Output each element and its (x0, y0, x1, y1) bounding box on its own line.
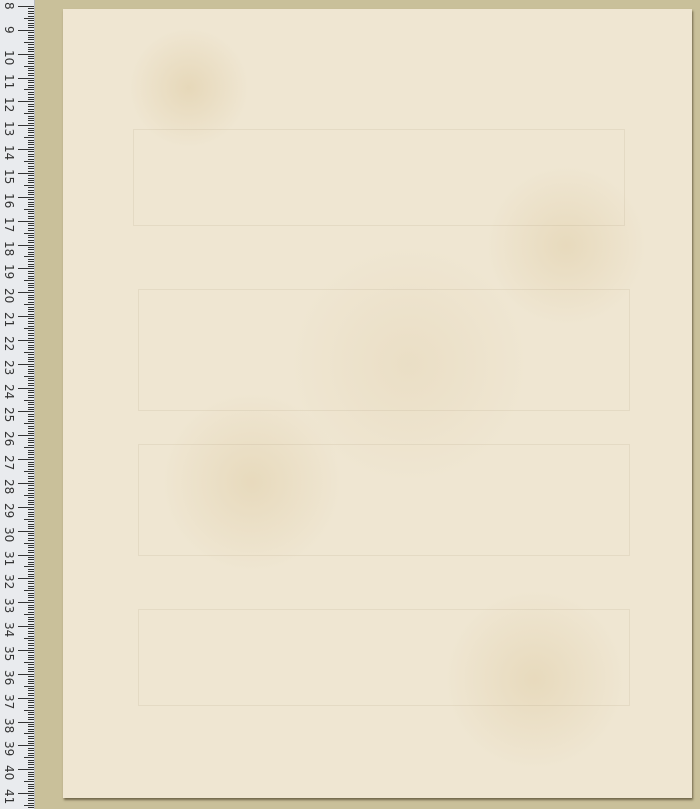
ruler-tick (28, 516, 34, 517)
ruler-tick (24, 566, 34, 567)
ruler-tick (28, 693, 34, 694)
ruler-tick (28, 731, 34, 732)
ruler-label: 31 (2, 551, 16, 566)
ruler-tick (28, 385, 34, 386)
ruler-tick (28, 27, 34, 28)
ruler-label: 29 (2, 503, 16, 518)
ruler-tick (28, 309, 34, 310)
ruler-tick (28, 545, 34, 546)
ruler-tick (28, 349, 34, 350)
ruler-tick (28, 657, 34, 658)
ruler-tick (28, 452, 34, 453)
ruler-label: 8 (2, 2, 16, 10)
ruler-tick (18, 626, 34, 627)
ruler-tick (28, 111, 34, 112)
ruler-tick (24, 233, 34, 234)
ruler-tick (28, 163, 34, 164)
ruler-tick (28, 345, 34, 346)
ruler-tick (28, 314, 34, 315)
ruler-tick (28, 156, 34, 157)
ruler-tick (28, 557, 34, 558)
ruler-tick (28, 104, 34, 105)
ruler-tick (28, 729, 34, 730)
ruler-tick (28, 240, 34, 241)
ruler-tick (28, 445, 34, 446)
ruler-tick (18, 745, 34, 746)
ruler-tick (28, 228, 34, 229)
ruler-tick (28, 533, 34, 534)
ruler-tick (28, 70, 34, 71)
ruler-label: 21 (2, 312, 16, 327)
ruler-tick (28, 440, 34, 441)
ruler-tick (28, 11, 34, 12)
ruler-tick (28, 576, 34, 577)
ruler-label: 9 (2, 26, 16, 34)
ruler-tick (28, 299, 34, 300)
ruler-tick (18, 388, 34, 389)
ruler-tick (28, 359, 34, 360)
ruler-tick (28, 135, 34, 136)
ruler-tick (28, 237, 34, 238)
ruler-tick (28, 371, 34, 372)
ruler-tick (28, 574, 34, 575)
ruler-tick (28, 266, 34, 267)
ruler-tick (28, 140, 34, 141)
ruler-tick (28, 595, 34, 596)
ruler-tick (28, 123, 34, 124)
ruler-tick (28, 462, 34, 463)
ruler-label: 20 (2, 288, 16, 303)
ruler-tick (28, 32, 34, 33)
ruler-tick (28, 56, 34, 57)
ruler-tick (18, 602, 34, 603)
ruler-label: 30 (2, 527, 16, 542)
ruler-tick (28, 667, 34, 668)
ruler-tick (24, 495, 34, 496)
ruler-tick (28, 230, 34, 231)
ruler-tick (28, 338, 34, 339)
ruler-tick (28, 512, 34, 513)
ruler-tick (18, 578, 34, 579)
show-through-table-1 (133, 129, 625, 226)
ruler-tick (24, 256, 34, 257)
ruler-tick (28, 49, 34, 50)
ruler-label: 37 (2, 694, 16, 709)
ruler-tick (28, 526, 34, 527)
ruler-tick (24, 18, 34, 19)
ruler-tick (28, 559, 34, 560)
ruler-tick (28, 154, 34, 155)
ruler-tick (24, 304, 34, 305)
ruler-label: 19 (2, 264, 16, 279)
ruler-tick (28, 252, 34, 253)
ruler-tick (18, 101, 34, 102)
ruler-tick (28, 225, 34, 226)
ruler-tick (28, 442, 34, 443)
ruler-label: 16 (2, 193, 16, 208)
ruler-tick (28, 335, 34, 336)
ruler-tick (28, 788, 34, 789)
ruler-tick (28, 326, 34, 327)
ruler-tick (28, 295, 34, 296)
ruler-tick (28, 669, 34, 670)
ruler-tick (28, 702, 34, 703)
ruler-tick (28, 450, 34, 451)
ruler-tick (24, 543, 34, 544)
ruler-tick (18, 245, 34, 246)
ruler-tick (24, 376, 34, 377)
ruler-tick (24, 161, 34, 162)
show-through-table-3 (138, 444, 630, 556)
ruler-tick (28, 538, 34, 539)
ruler-label: 28 (2, 479, 16, 494)
ruler-tick (28, 106, 34, 107)
ruler-tick (28, 628, 34, 629)
ruler-tick (28, 454, 34, 455)
ruler-tick (28, 290, 34, 291)
ruler-tick (28, 80, 34, 81)
ruler-tick (18, 292, 34, 293)
ruler-tick (28, 583, 34, 584)
ruler-tick (28, 192, 34, 193)
ruler-tick (18, 78, 34, 79)
ruler-tick (28, 390, 34, 391)
ruler-tick (28, 433, 34, 434)
ruler-label: 33 (2, 598, 16, 613)
ruler-tick (28, 550, 34, 551)
ruler-tick (28, 426, 34, 427)
ruler-tick (28, 521, 34, 522)
ruler-tick (28, 476, 34, 477)
ruler-tick (28, 47, 34, 48)
ruler-tick (28, 307, 34, 308)
ruler-tick (28, 85, 34, 86)
ruler-tick (28, 593, 34, 594)
ruler-tick (28, 175, 34, 176)
ruler-tick (28, 681, 34, 682)
ruler-tick (18, 793, 34, 794)
ruler-tick (28, 378, 34, 379)
ruler-tick (24, 42, 34, 43)
ruler-tick (28, 416, 34, 417)
ruler-tick (28, 218, 34, 219)
ruler-label: 27 (2, 455, 16, 470)
ruler-tick (28, 82, 34, 83)
ruler-label: 13 (2, 121, 16, 136)
ruler-tick (28, 87, 34, 88)
ruler-tick (18, 6, 34, 7)
ruler-tick (28, 683, 34, 684)
ruler-label: 39 (2, 741, 16, 756)
ruler-tick (18, 173, 34, 174)
ruler-tick (28, 128, 34, 129)
ruler-tick (28, 707, 34, 708)
ruler-tick (28, 690, 34, 691)
ruler-tick (28, 645, 34, 646)
ruler-tick (24, 686, 34, 687)
ruler-tick (28, 147, 34, 148)
ruler-tick (28, 235, 34, 236)
ruler-label: 38 (2, 718, 16, 733)
ruler-tick (28, 151, 34, 152)
ruler-tick (28, 285, 34, 286)
ruler-tick (28, 297, 34, 298)
ruler-tick (18, 650, 34, 651)
ruler-tick (24, 66, 34, 67)
ruler-tick (28, 779, 34, 780)
ruler-tick (28, 159, 34, 160)
ruler-tick (28, 8, 34, 9)
ruler-tick (28, 612, 34, 613)
ruler-tick (28, 223, 34, 224)
ruler-tick (28, 264, 34, 265)
ruler-tick (28, 497, 34, 498)
ruler-tick (24, 89, 34, 90)
ruler-tick (18, 435, 34, 436)
ruler-tick (28, 741, 34, 742)
ruler-tick (28, 23, 34, 24)
ruler-label: 12 (2, 97, 16, 112)
ruler-tick (18, 364, 34, 365)
ruler-tick (28, 409, 34, 410)
ruler-tick (28, 607, 34, 608)
ruler-tick (28, 664, 34, 665)
ruler-tick (28, 562, 34, 563)
ruler-tick (28, 357, 34, 358)
ruler-tick (28, 92, 34, 93)
ruler-tick (28, 648, 34, 649)
ruler-tick (28, 552, 34, 553)
ruler-tick (28, 171, 34, 172)
ruler-tick (28, 61, 34, 62)
ruler-label: 40 (2, 765, 16, 780)
ruler-tick (28, 354, 34, 355)
show-through-table-2 (138, 289, 630, 411)
ruler-tick (28, 51, 34, 52)
ruler-tick (28, 276, 34, 277)
ruler-tick (28, 249, 34, 250)
ruler-label: 25 (2, 407, 16, 422)
ruler-tick (28, 278, 34, 279)
ruler-tick (28, 753, 34, 754)
ruler-tick (28, 273, 34, 274)
ruler-tick (28, 547, 34, 548)
ruler-label: 10 (2, 50, 16, 65)
ruler-tick (28, 712, 34, 713)
ruler-tick (28, 361, 34, 362)
ruler-label: 41 (2, 789, 16, 804)
ruler-label: 14 (2, 145, 16, 160)
ruler-tick (24, 805, 34, 806)
ruler-tick (28, 118, 34, 119)
ruler-tick (28, 16, 34, 17)
ruler-tick (28, 182, 34, 183)
ruler-tick (28, 800, 34, 801)
ruler-tick (28, 395, 34, 396)
ruler-tick (28, 120, 34, 121)
ruler-tick (28, 600, 34, 601)
ruler-tick (28, 431, 34, 432)
ruler-tick (24, 352, 34, 353)
ruler-tick (28, 679, 34, 680)
ruler-tick (24, 447, 34, 448)
ruler-tick (18, 555, 34, 556)
ruler-tick (28, 719, 34, 720)
ruler-tick (28, 502, 34, 503)
ruler-tick (28, 481, 34, 482)
ruler-tick (28, 407, 34, 408)
ruler-tick (28, 178, 34, 179)
ruler-label: 22 (2, 336, 16, 351)
ruler-tick (28, 99, 34, 100)
ruler-tick (24, 733, 34, 734)
show-through-table-4 (138, 609, 630, 706)
ruler-tick (28, 609, 34, 610)
ruler-label: 34 (2, 622, 16, 637)
ruler-tick (28, 187, 34, 188)
ruler-tick (28, 748, 34, 749)
ruler-tick (24, 280, 34, 281)
ruler-tick (28, 190, 34, 191)
ruler-tick (28, 724, 34, 725)
ruler-tick (28, 736, 34, 737)
ruler-label: 35 (2, 646, 16, 661)
ruler-tick (24, 638, 34, 639)
ruler-tick (28, 786, 34, 787)
ruler-tick (28, 347, 34, 348)
ruler-tick (24, 113, 34, 114)
ruler-tick (28, 640, 34, 641)
ruler-tick (28, 493, 34, 494)
ruler-tick (28, 643, 34, 644)
ruler-tick (28, 180, 34, 181)
ruler-tick (28, 392, 34, 393)
ruler-tick (28, 428, 34, 429)
ruler-tick (24, 519, 34, 520)
ruler-tick (18, 674, 34, 675)
ruler-tick (28, 564, 34, 565)
ruler-tick (28, 254, 34, 255)
ruler-tick (28, 259, 34, 260)
ruler-tick (28, 798, 34, 799)
ruler-tick (28, 803, 34, 804)
ruler-tick (28, 202, 34, 203)
ruler-tick (28, 94, 34, 95)
ruler-tick (28, 283, 34, 284)
ruler-tick (28, 287, 34, 288)
ruler-tick (28, 509, 34, 510)
ruler-tick (28, 774, 34, 775)
measuring-ruler: 8910111213141516171819202122232425262728… (0, 0, 35, 809)
ruler-tick (28, 199, 34, 200)
ruler-tick (28, 25, 34, 26)
ruler-tick (28, 204, 34, 205)
ruler-tick (24, 781, 34, 782)
ruler-tick (28, 421, 34, 422)
ruler-tick (28, 776, 34, 777)
ruler-tick (28, 588, 34, 589)
ruler-tick (28, 242, 34, 243)
ruler-tick (28, 75, 34, 76)
ruler-tick (28, 504, 34, 505)
ruler-tick (18, 54, 34, 55)
ruler-tick (28, 717, 34, 718)
ruler-tick (24, 662, 34, 663)
ruler-tick (28, 402, 34, 403)
ruler-tick (24, 757, 34, 758)
ruler-tick (28, 211, 34, 212)
ruler-tick (28, 39, 34, 40)
ruler-tick (28, 333, 34, 334)
ruler-tick (28, 383, 34, 384)
ruler-tick (28, 478, 34, 479)
ruler-tick (28, 469, 34, 470)
ruler-tick (28, 760, 34, 761)
ruler-label: 11 (2, 74, 16, 89)
ruler-tick (28, 342, 34, 343)
ruler-tick (24, 185, 34, 186)
ruler-tick (28, 466, 34, 467)
ruler-tick (28, 619, 34, 620)
ruler-tick (28, 397, 34, 398)
ruler-tick (18, 698, 34, 699)
ruler-tick (24, 209, 34, 210)
ruler-tick (28, 330, 34, 331)
ruler-tick (28, 216, 34, 217)
ruler-tick (28, 540, 34, 541)
ruler-tick (28, 20, 34, 21)
ruler-tick (28, 659, 34, 660)
ruler-label: 26 (2, 431, 16, 446)
ruler-tick (28, 44, 34, 45)
ruler-tick (28, 676, 34, 677)
ruler-tick (28, 302, 34, 303)
ruler-tick (28, 68, 34, 69)
ruler-tick (28, 73, 34, 74)
ruler-tick (28, 700, 34, 701)
ruler-tick (28, 37, 34, 38)
ruler-tick (28, 144, 34, 145)
ruler-tick (28, 795, 34, 796)
ruler-tick (24, 328, 34, 329)
ruler-tick (28, 473, 34, 474)
ruler-tick (28, 58, 34, 59)
ruler-tick (28, 380, 34, 381)
ruler-tick (28, 705, 34, 706)
ruler-tick (18, 483, 34, 484)
ruler-tick (28, 791, 34, 792)
ruler-tick (18, 268, 34, 269)
ruler-tick (18, 316, 34, 317)
ruler-tick (28, 323, 34, 324)
ruler-tick (28, 726, 34, 727)
ruler-tick (28, 261, 34, 262)
ruler-tick (24, 590, 34, 591)
ruler-tick (28, 419, 34, 420)
ruler-tick (18, 769, 34, 770)
ruler-tick (28, 581, 34, 582)
ruler-tick (28, 652, 34, 653)
ruler-tick (28, 247, 34, 248)
ruler-tick (28, 631, 34, 632)
ruler-tick (28, 168, 34, 169)
ruler-tick (28, 321, 34, 322)
ruler-tick (28, 488, 34, 489)
ruler-tick (28, 142, 34, 143)
ruler-tick (28, 311, 34, 312)
ruler-tick (28, 194, 34, 195)
ruler-tick (28, 366, 34, 367)
